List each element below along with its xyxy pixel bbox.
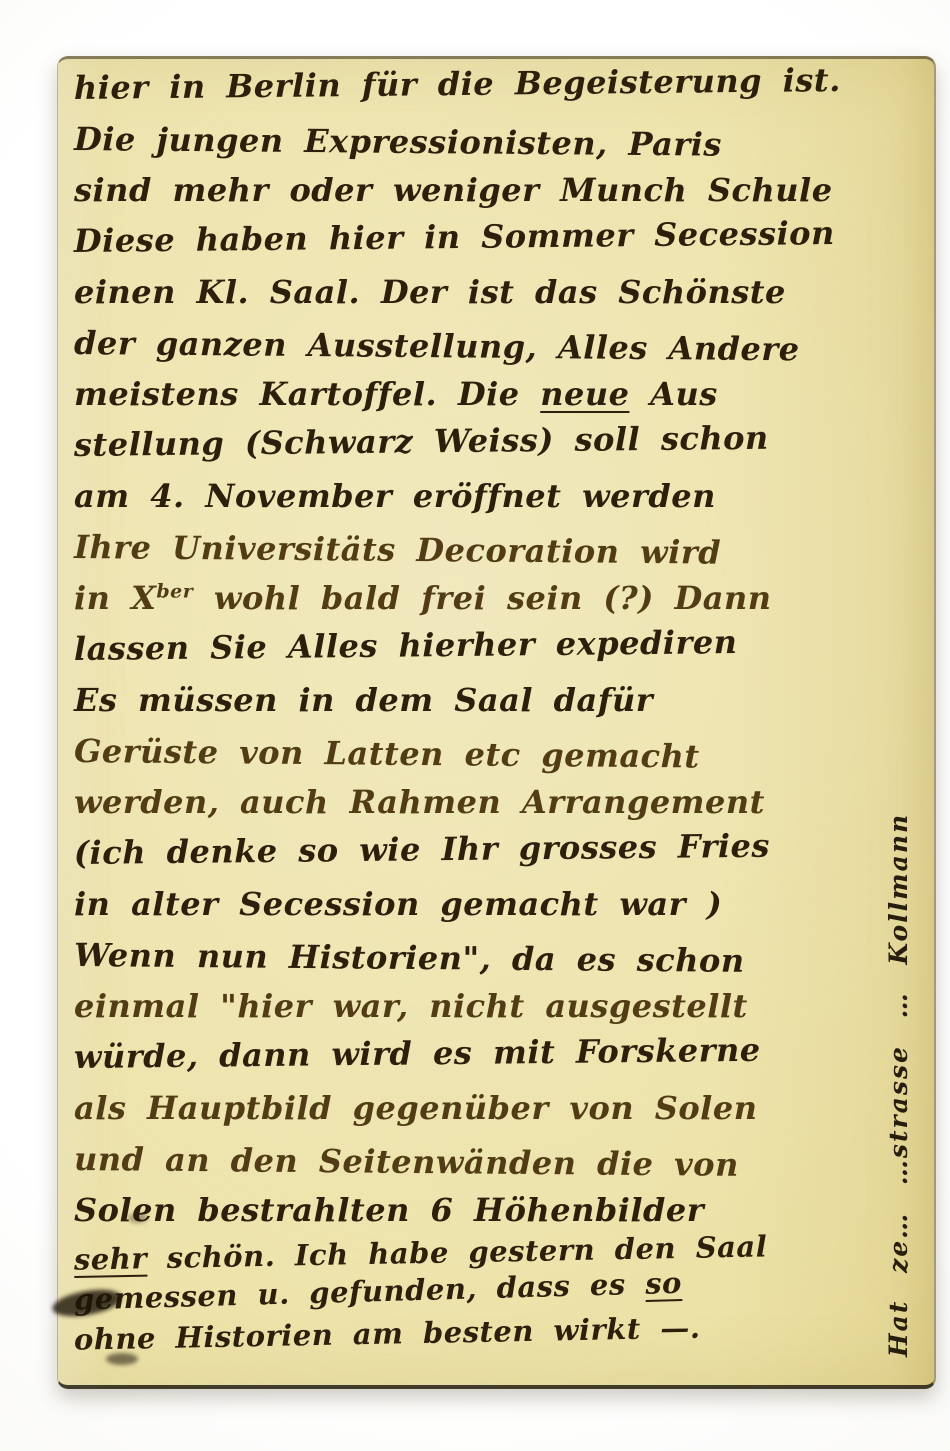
line-text: Die jungen Expressionisten, Paris [74, 120, 722, 164]
margin-note: Hat ze… …strasse … Kollmann [884, 105, 918, 1357]
handwriting-line: Gerüste von Latten etc gemacht [74, 732, 876, 790]
line-text: stellung (Schwarz Weiss) soll schon [74, 419, 769, 464]
handwriting-line: Diese haben hier in Sommer Secession [74, 214, 876, 273]
line-text: Ihre Universitäts Decoration wird [74, 528, 721, 572]
line-text: Wenn nun Historien", da es schon [74, 936, 745, 980]
line-text: werden, auch Rahmen Arrangement [74, 783, 765, 821]
line-segment: meistens Kartoffel. Die [74, 375, 540, 413]
handwriting-line: (ich denke so wie Ihr grosses Fries [74, 826, 876, 885]
handwriting-line: in alter Secession gemacht war ) [74, 885, 876, 936]
handwriting-line: würde, dann wird es mit Forskerne [74, 1030, 876, 1089]
underlined-word: sehr [74, 1241, 148, 1276]
underlined-word: neue [540, 375, 629, 413]
line-segment: wohl bald frei sein (?) Dann [193, 579, 771, 617]
line-segment: in X [74, 579, 156, 617]
line-text: Diese haben hier in Sommer Secession [74, 214, 835, 260]
handwriting-line: und an den Seitenwänden die von [74, 1140, 876, 1198]
line-segment: Aus [629, 375, 717, 413]
handwriting-line: lassen Sie Alles hierher expediren [74, 622, 876, 681]
line-text: lassen Sie Alles hierher expediren [74, 623, 738, 668]
scan-background: hier in Berlin für die Begeisterung ist.… [0, 0, 950, 1451]
line-text: einmal "hier war, nicht ausgestellt [74, 987, 748, 1025]
line-text: einen Kl. Saal. Der ist das Schönste [74, 273, 786, 311]
postcard: hier in Berlin für die Begeisterung ist.… [57, 56, 936, 1389]
handwriting-line: der ganzen Ausstellung, Alles Andere [74, 324, 876, 382]
handwriting-line: als Hauptbild gegenüber von Solen [74, 1089, 876, 1140]
handwriting-line: am 4. November eröffnet werden [74, 477, 876, 528]
underlined-word: so [645, 1266, 683, 1301]
line-text: hier in Berlin für die Begeisterung ist. [74, 61, 841, 107]
ink-smudge [106, 1353, 138, 1365]
line-text: würde, dann wird es mit Forskerne [74, 1031, 761, 1076]
handwriting-line: hier in Berlin für die Begeisterung ist. [74, 61, 876, 120]
line-text: Es müssen in dem Saal dafür [74, 681, 653, 719]
line-text: der ganzen Ausstellung, Alles Andere [74, 324, 800, 368]
line-text: Solen bestrahlten 6 Höhenbilder [74, 1191, 704, 1229]
handwriting: hier in Berlin für die Begeisterung ist.… [74, 69, 876, 1362]
handwriting-line: Es müssen in dem Saal dafür [74, 681, 876, 732]
line-text: am 4. November eröffnet werden [74, 477, 716, 515]
handwriting-line: Wenn nun Historien", da es schon [74, 936, 876, 994]
line-text: (ich denke so wie Ihr grosses Fries [74, 827, 770, 872]
line-text: in alter Secession gemacht war ) [74, 885, 722, 923]
ink-smudge [128, 1213, 148, 1223]
line-text: als Hauptbild gegenüber von Solen [74, 1089, 757, 1127]
handwriting-line: einen Kl. Saal. Der ist das Schönste [74, 273, 876, 324]
line-text: sind mehr oder weniger Munch Schule [74, 171, 833, 209]
line-text: und an den Seitenwänden die von [74, 1140, 739, 1184]
superscript-segment: ber [156, 580, 193, 602]
line-text: Gerüste von Latten etc gemacht [74, 732, 700, 775]
handwriting-line: Ihre Universitäts Decoration wird [74, 528, 876, 586]
handwriting-line: Die jungen Expressionisten, Paris [74, 120, 876, 178]
handwriting-line: stellung (Schwarz Weiss) soll schon [74, 418, 876, 477]
